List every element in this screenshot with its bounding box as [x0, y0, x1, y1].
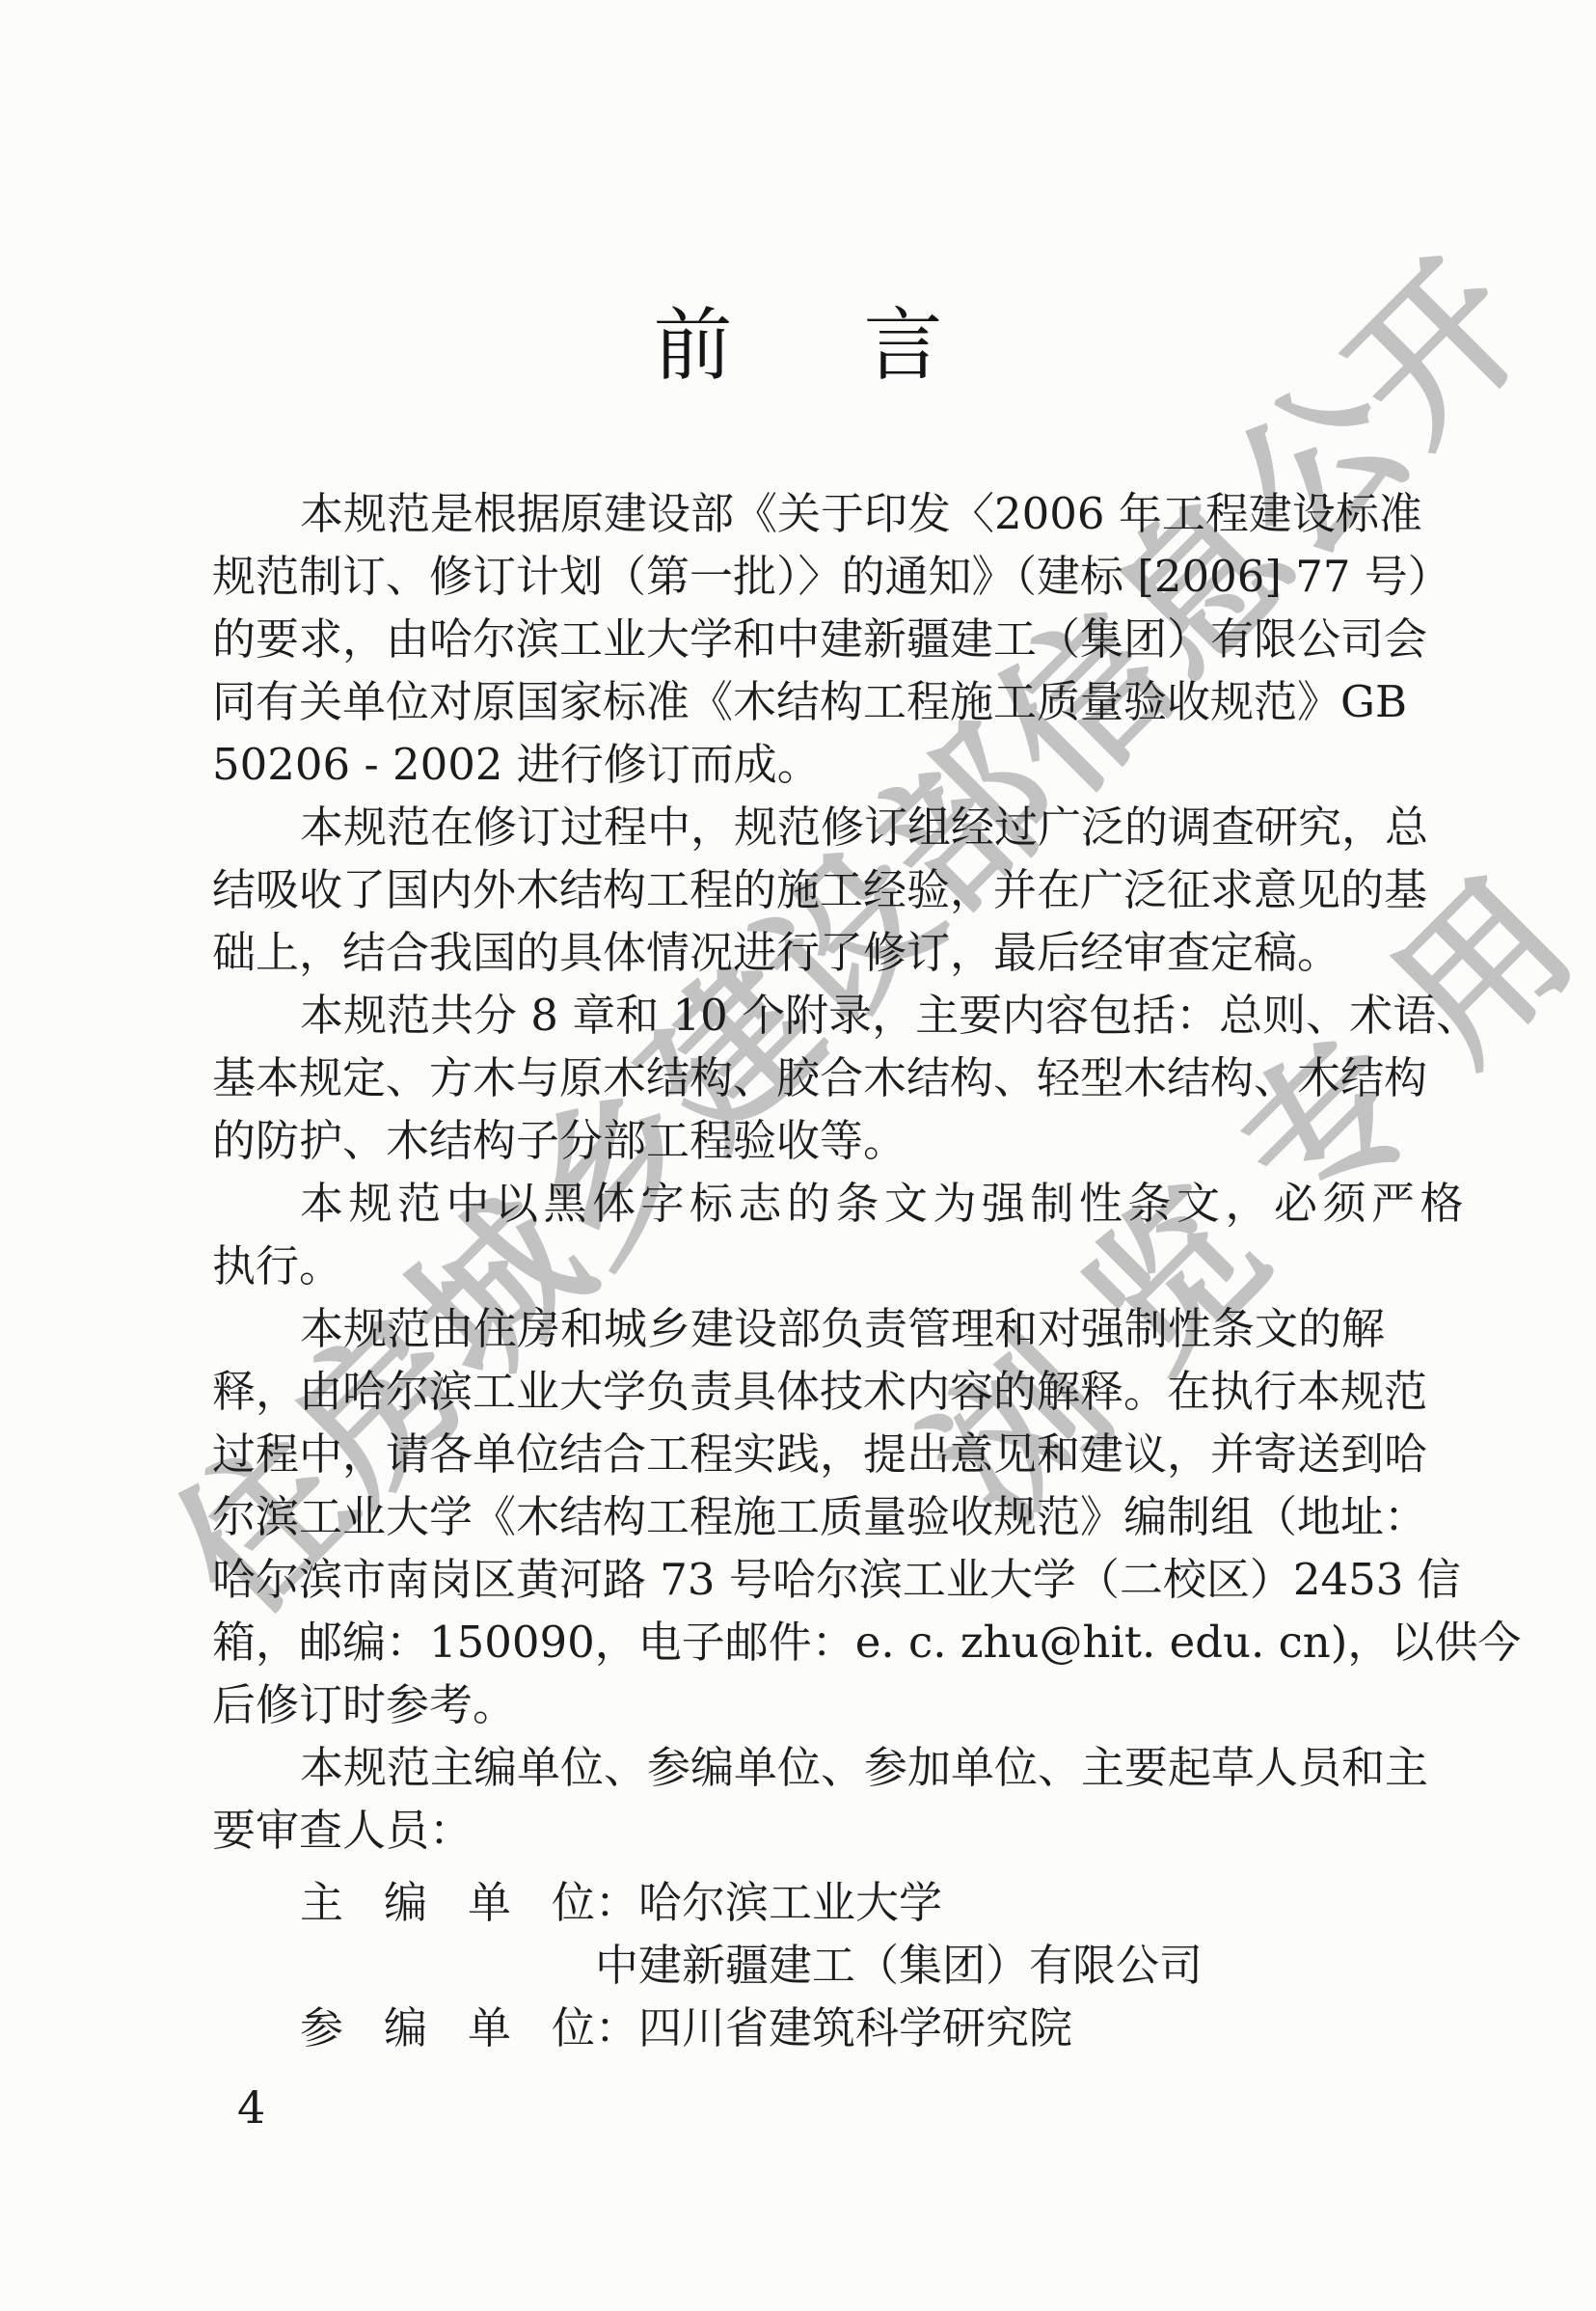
body-line: 哈尔滨市南岗区黄河路 73 号哈尔滨工业大学（二校区）2453 信: [212, 1548, 1396, 1611]
body-line: 的防护、木结构子分部工程验收等。: [212, 1109, 1396, 1172]
body-line: 本规范在修订过程中，规范修订组经过广泛的调查研究，总: [212, 796, 1396, 858]
label-colon: ：: [595, 2002, 638, 2053]
page-title-char-first: 前: [653, 307, 732, 386]
body-line: 执行。: [212, 1235, 1396, 1297]
chief-editor-unit: 哈尔滨工业大学: [638, 1877, 942, 1928]
label-colon: ：: [595, 1877, 638, 1928]
body-line: 结吸收了国内外木结构工程的施工经验，并在广泛征求意见的基: [212, 858, 1396, 921]
document-page: 住房城乡建设部信息公开 浏览专用 前 言 本规范是根据原建设部《关于印发〈200…: [0, 0, 1596, 2311]
body-line: 本规范是根据原建设部《关于印发〈2006 年工程建设标准: [212, 482, 1396, 545]
chief-editor-unit: 中建新疆建工（集团）有限公司: [595, 1940, 1203, 1991]
body-line: 本规范共分 8 章和 10 个附录，主要内容包括：总则、术语、: [212, 984, 1396, 1047]
chief-editor-label: 主编单位: [300, 1877, 636, 1928]
body-line: 过程中，请各单位结合工程实践，提出意见和建议，并寄送到哈: [212, 1423, 1396, 1485]
body-line: 50206 - 2002 进行修订而成。: [212, 733, 1396, 796]
chief-editor-unit-line: 中建新疆建工（集团）有限公司: [212, 1934, 1396, 1997]
co-editor-label: 参编单位: [300, 2002, 636, 2053]
body-line: 本规范由住房和城乡建设部负责管理和对强制性条文的解: [212, 1297, 1396, 1360]
body-line: 础上，结合我国的具体情况进行了修订，最后经审查定稿。: [212, 921, 1396, 984]
body-line: 的要求，由哈尔滨工业大学和中建新疆建工（集团）有限公司会: [212, 608, 1396, 670]
body-text: 本规范是根据原建设部《关于印发〈2006 年工程建设标准 规范制订、修订计划（第…: [212, 482, 1396, 2059]
body-line: 释，由哈尔滨工业大学负责具体技术内容的解释。在执行本规范: [212, 1360, 1396, 1423]
body-line-bold-clause: 本规范中以黑体字标志的条文为强制性条文，必须严格: [212, 1172, 1396, 1235]
page-title-char-second: 言: [864, 307, 943, 386]
page-title: 前 言: [0, 307, 1596, 386]
body-line: 规范制订、修订计划（第一批）〉的通知》（建标 [2006] 77 号）: [212, 545, 1396, 608]
page-number: 4: [237, 2081, 265, 2134]
body-line: 同有关单位对原国家标准《木结构工程施工质量验收规范》GB: [212, 670, 1396, 733]
co-editor-unit: 四川省建筑科学研究院: [638, 2002, 1072, 2053]
body-line: 基本规定、方木与原木结构、胶合木结构、轻型木结构、木结构: [212, 1047, 1396, 1109]
body-line: 后修订时参考。: [212, 1673, 1396, 1736]
body-line: 尔滨工业大学《木结构工程施工质量验收规范》编制组（地址：: [212, 1485, 1396, 1548]
body-line: 本规范主编单位、参编单位、参加单位、主要起草人员和主: [212, 1736, 1396, 1799]
chief-editor-unit-line: 主编单位：哈尔滨工业大学: [212, 1871, 1396, 1934]
body-line: 箱，邮编：150090，电子邮件：e. c. zhu@hit. edu. cn)…: [212, 1611, 1396, 1673]
co-editor-unit-line: 参编单位：四川省建筑科学研究院: [212, 1997, 1396, 2059]
body-line: 要审查人员：: [212, 1799, 1396, 1862]
